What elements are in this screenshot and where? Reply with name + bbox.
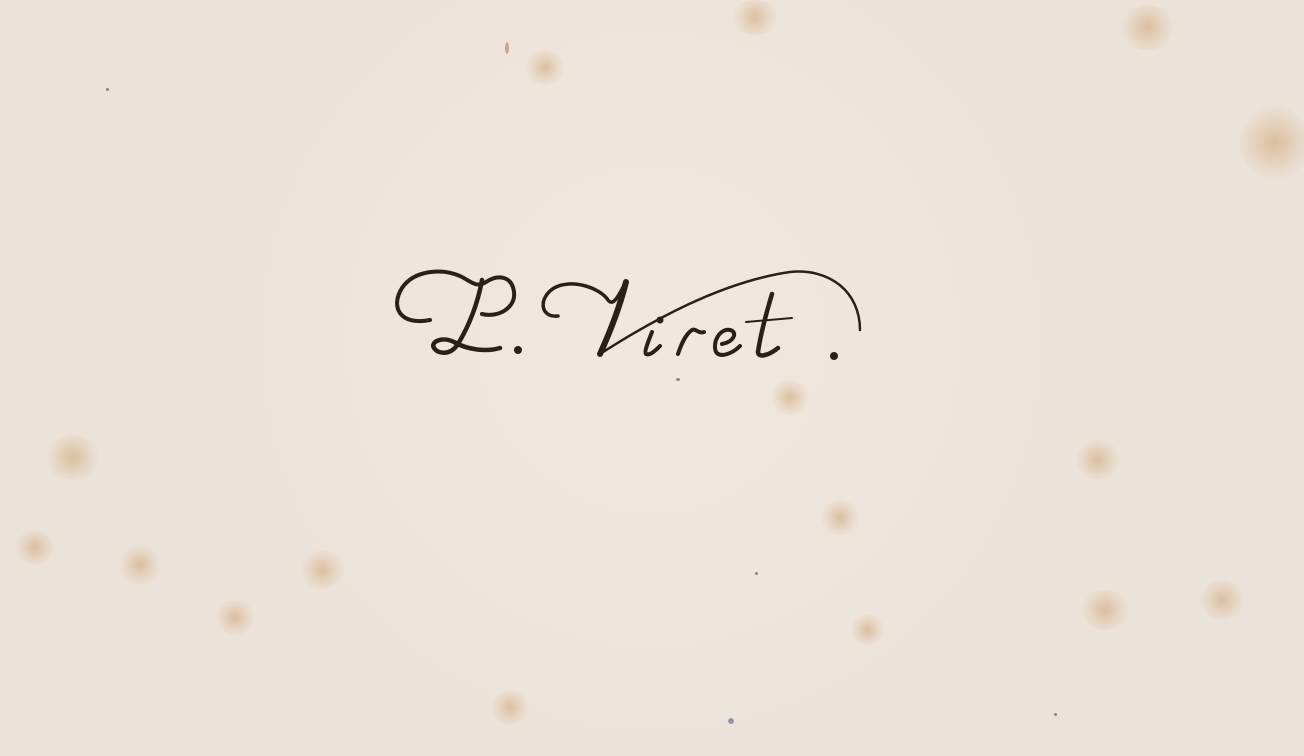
foxing-stain: [850, 615, 885, 645]
foxing-stain: [1080, 590, 1130, 630]
foxing-stain: [45, 435, 100, 480]
foxing-stain: [1075, 440, 1120, 480]
ink-speck: [505, 42, 509, 54]
ink-speck: [676, 378, 680, 381]
signature: P. Viret.: [390, 262, 870, 372]
ink-speck: [728, 718, 734, 724]
signature-calligraphy: [390, 262, 870, 372]
foxing-stain: [820, 500, 860, 535]
foxing-stain: [120, 545, 160, 585]
aged-paper: P. Viret.: [0, 0, 1304, 756]
foxing-stain: [15, 530, 55, 565]
ink-speck: [106, 88, 109, 91]
foxing-stain: [525, 50, 565, 85]
foxing-stain: [730, 0, 780, 35]
ink-speck: [1054, 713, 1057, 716]
foxing-stain: [215, 600, 255, 635]
foxing-stain: [1240, 105, 1304, 180]
foxing-stain: [490, 690, 530, 725]
foxing-stain: [770, 380, 810, 415]
foxing-stain: [1200, 580, 1245, 620]
foxing-stain: [300, 550, 345, 590]
foxing-stain: [1120, 5, 1175, 50]
ink-speck: [755, 572, 758, 575]
